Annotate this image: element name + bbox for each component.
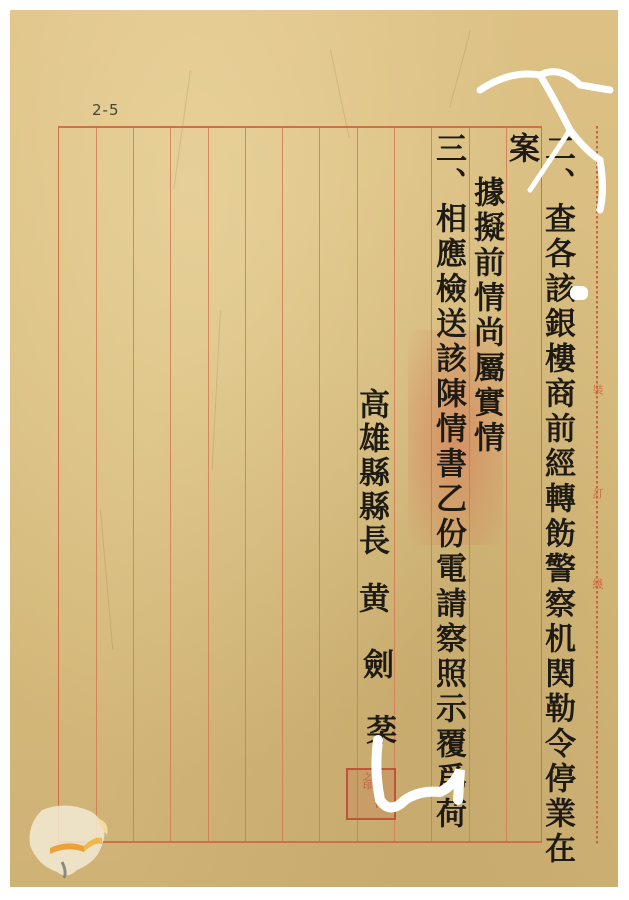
paper-tear-bottom <box>360 730 470 830</box>
margin-mark-xian: 綫 <box>589 578 605 589</box>
signature-title: 高雄縣縣長 <box>353 388 389 558</box>
grid-column-line <box>208 128 209 841</box>
paper-hole <box>570 286 588 300</box>
text-column-item-2: 二、查各該銀樓商前經轉飭警察机関勒令停業在案 <box>503 132 575 900</box>
paper-fiber <box>330 50 350 138</box>
margin-mark-ding: 訂 <box>589 488 605 499</box>
text-column-item-3: 三、相應檢送該陳情書乙份電請察照示覆爲荷 <box>430 132 466 832</box>
grid-column-line <box>319 128 320 841</box>
signature-surname: 黄 <box>353 582 389 617</box>
signature-given-name-1: 劍 <box>357 648 393 683</box>
archive-logo-icon <box>22 800 117 880</box>
grid-column-line <box>245 128 246 841</box>
grid-column-line <box>282 128 283 841</box>
grid-column-line <box>96 128 97 841</box>
margin-mark-zhuang: 裝 <box>589 384 605 395</box>
paper-tear-top-right <box>470 60 629 220</box>
page-number: 2-5 <box>92 101 120 119</box>
binding-perforation-line <box>596 126 598 846</box>
paper-fiber <box>449 30 471 108</box>
grid-column-line <box>170 128 171 841</box>
grid-column-line <box>133 128 134 841</box>
